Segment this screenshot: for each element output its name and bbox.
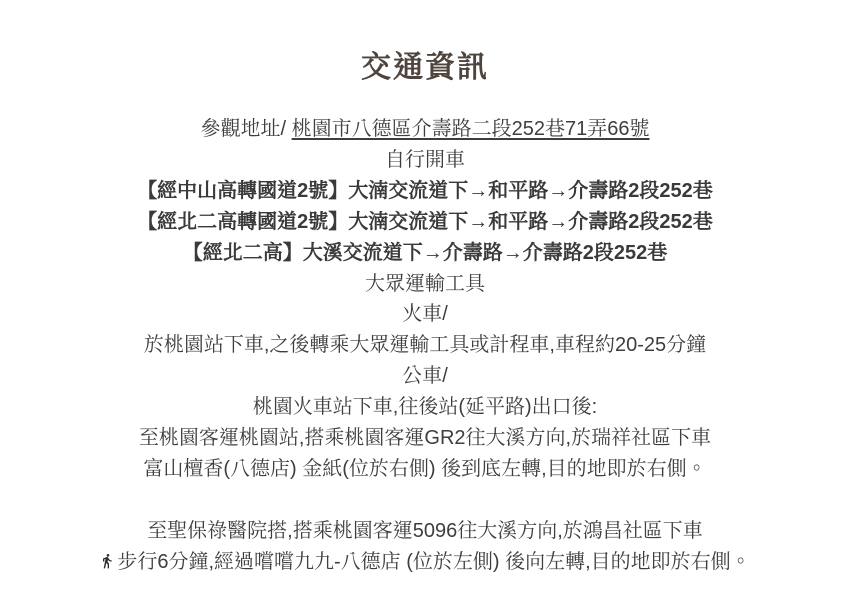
bus-route-gr2-line2: 富山檀香(八德店) 金紙(位於右側) 後到底左轉,目的地即於右側。 [0,454,850,485]
walk-instruction-text: 步行6分鐘,經過嚐嚐九九-八德店 (位於左側) 後向左轉,目的地即於右側。 [117,551,750,573]
bus-exit-info: 桃園火車站下車,往後站(延平路)出口後: [0,392,850,423]
driving-route-beier-guodao2: 【經北二高轉國道2號】大湳交流道下→和平路→介壽路2段252巷 [0,207,850,238]
bus-route-5096-line1: 至聖保祿醫院搭,搭乘桃園客運5096往大溪方向,於鴻昌社區下車 [0,516,850,547]
driving-route-zhongshan: 【經中山高轉國道2號】大湳交流道下→和平路→介壽路2段252巷 [0,176,850,207]
address-line: 參觀地址/ 桃園市八德區介壽路二段252巷71弄66號 [0,114,850,145]
page-title: 交通資訊 [0,50,850,86]
traffic-info-page: 交通資訊 參觀地址/ 桃園市八德區介壽路二段252巷71弄66號 自行開車 【經… [0,0,850,611]
walking-person-icon [99,550,115,572]
train-heading: 火車/ [0,299,850,330]
blank-line [0,485,850,516]
public-transport-heading: 大眾運輸工具 [0,269,850,300]
walk-instruction-line: 步行6分鐘,經過嚐嚐九九-八德店 (位於左側) 後向左轉,目的地即於右側。 [0,547,850,578]
driving-heading: 自行開車 [0,145,850,176]
driving-route-beier: 【經北二高】大溪交流道下→介壽路→介壽路2段252巷 [0,238,850,269]
address-link[interactable]: 桃園市八德區介壽路二段252巷71弄66號 [292,118,650,140]
bus-route-gr2-line1: 至桃園客運桃園站,搭乘桃園客運GR2往大溪方向,於瑞祥社區下車 [0,423,850,454]
address-label: 參觀地址/ [201,118,287,140]
bus-heading: 公車/ [0,361,850,392]
train-info: 於桃園站下車,之後轉乘大眾運輸工具或計程車,車程約20-25分鐘 [0,330,850,361]
traffic-info-content: 參觀地址/ 桃園市八德區介壽路二段252巷71弄66號 自行開車 【經中山高轉國… [0,114,850,578]
